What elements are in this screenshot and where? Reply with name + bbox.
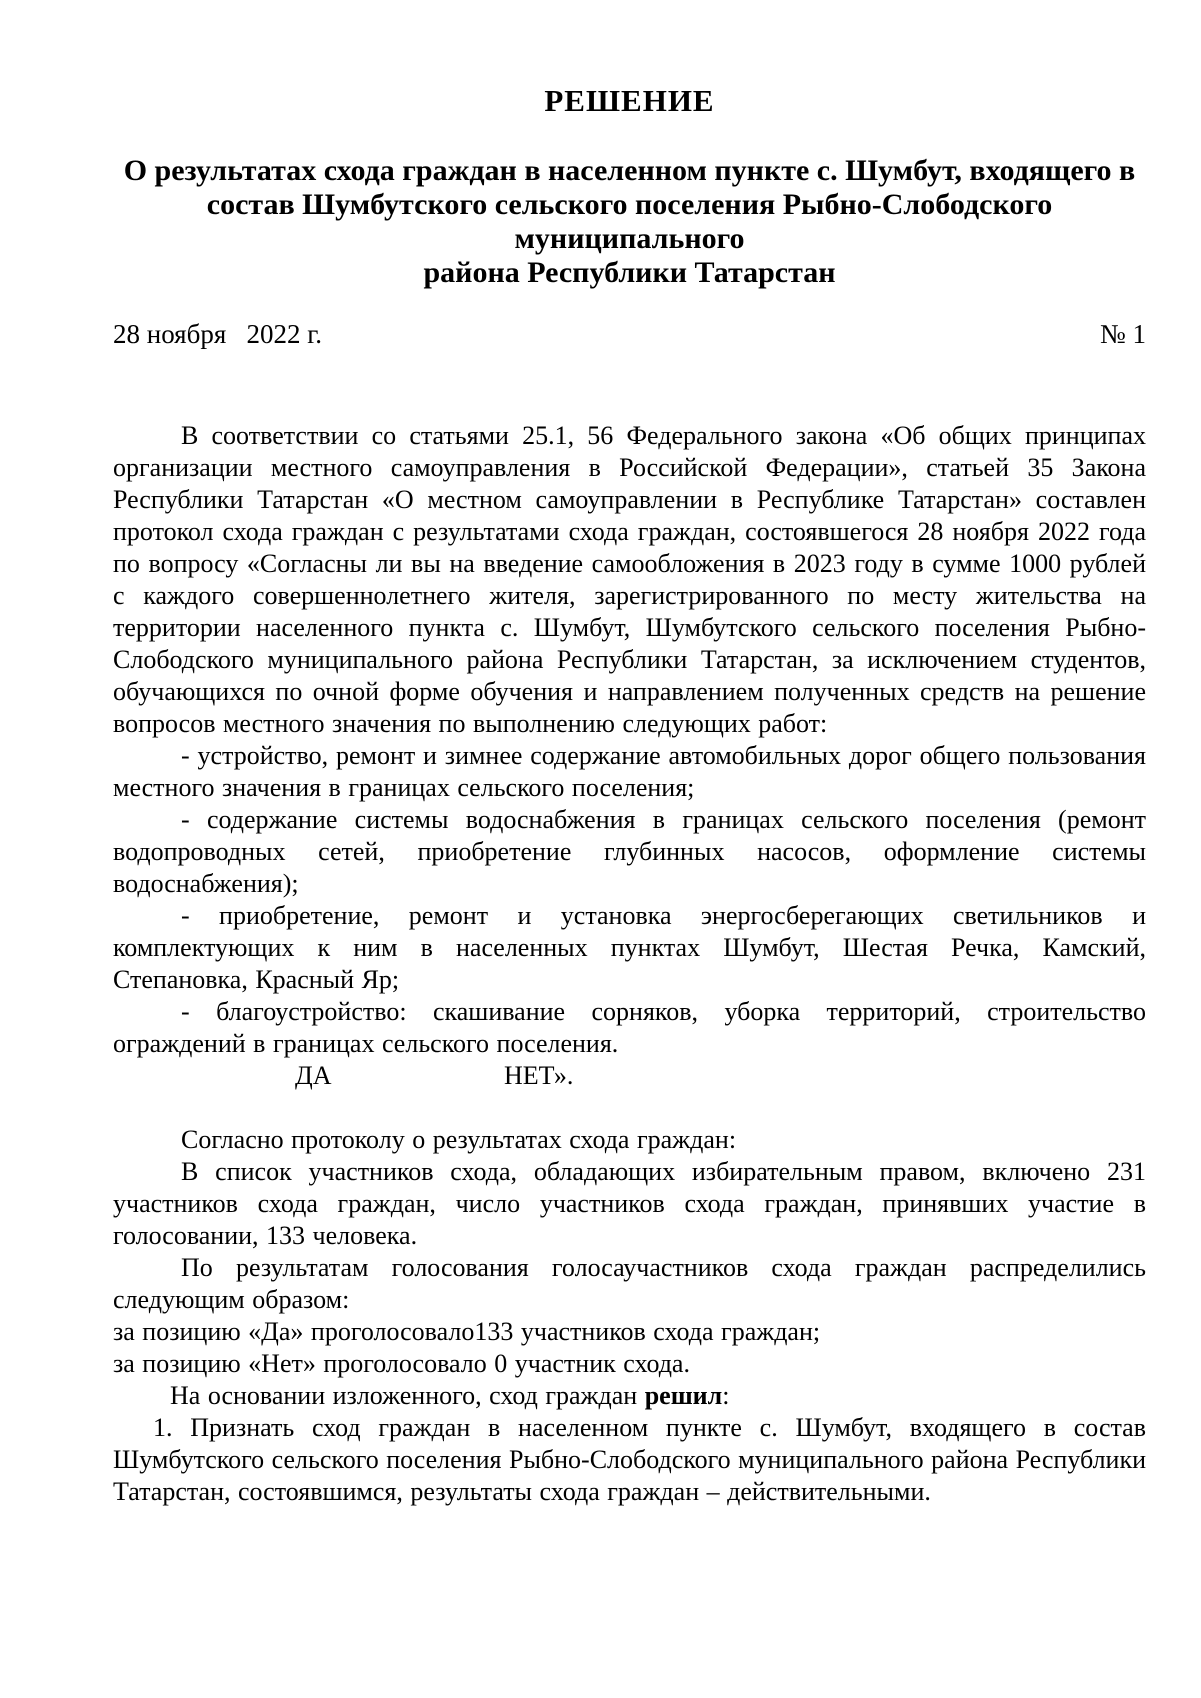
paragraph-protocol-intro: Согласно протоколу о результатах схода г…	[113, 1124, 1146, 1156]
document-body: В соответствии со статьями 25.1, 56 Феде…	[113, 420, 1146, 1508]
paragraph-results-intro: По результатам голосования голосаучастни…	[113, 1252, 1146, 1316]
subject-line-1: О результатах схода граждан в населенном…	[113, 154, 1146, 188]
date-number-row: 28 ноября 2022 г. № 1	[113, 318, 1146, 350]
subject-line-2: состав Шумбутского сельского поселения Р…	[113, 188, 1146, 256]
document-date: 28 ноября 2022 г.	[113, 318, 322, 350]
subject-line-3: района Республики Татарстан	[113, 256, 1146, 290]
paragraph-votes-yes: за позицию «Да» проголосовало133 участни…	[113, 1316, 1146, 1348]
work-item-lighting: - приобретение, ремонт и установка энерг…	[113, 900, 1146, 996]
paragraph-legal-basis: В соответствии со статьями 25.1, 56 Феде…	[113, 420, 1146, 740]
vote-options-line: ДА НЕТ».	[113, 1060, 1146, 1092]
document-subject: О результатах схода граждан в населенном…	[113, 154, 1146, 290]
document-page: РЕШЕНИЕ О результатах схода граждан в на…	[0, 0, 1201, 1698]
blank-line-separator	[113, 1092, 1146, 1124]
document-number: № 1	[1100, 318, 1146, 350]
resolution-verb-bold: решил	[645, 1381, 723, 1410]
resolution-colon: :	[722, 1381, 729, 1410]
work-item-roads: - устройство, ремонт и зимнее содержание…	[113, 740, 1146, 804]
work-item-water-supply: - содержание системы водоснабжения в гра…	[113, 804, 1146, 900]
resolution-intro-text: На основании изложенного, сход граждан	[170, 1381, 645, 1410]
document-title: РЕШЕНИЕ	[113, 84, 1146, 118]
paragraph-decision-item-1: 1. Признать сход граждан в населенном пу…	[113, 1412, 1146, 1508]
paragraph-participants-count: В список участников схода, обладающих из…	[113, 1156, 1146, 1252]
paragraph-resolution-intro: На основании изложенного, сход граждан р…	[113, 1380, 1146, 1412]
paragraph-votes-no: за позицию «Нет» проголосовало 0 участни…	[113, 1348, 1146, 1380]
work-item-improvement: - благоустройство: скашивание сорняков, …	[113, 996, 1146, 1060]
